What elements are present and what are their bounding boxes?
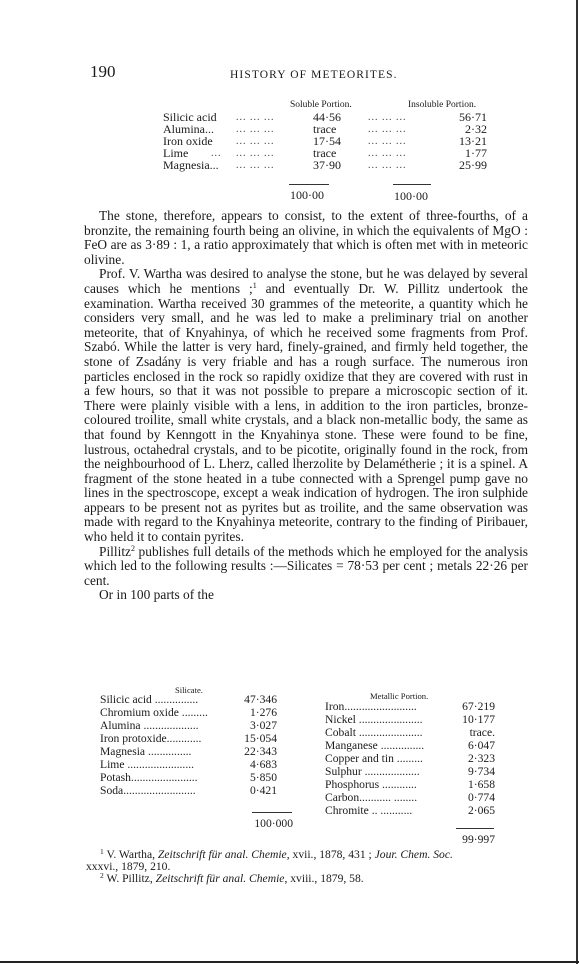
footnotes: 1 V. Wartha, Zeitschrift für anal. Chemi… xyxy=(86,849,531,886)
sum-rule xyxy=(289,184,329,185)
page-number: 190 xyxy=(90,62,116,82)
paragraph: Pillitz2 publishes full details of the m… xyxy=(84,545,528,589)
sum-rule xyxy=(456,828,494,829)
footnote-2: 2 W. Pillitz, Zeitschrift für anal. Chem… xyxy=(86,873,531,885)
paragraph: The stone, therefore, appears to consist… xyxy=(84,209,528,267)
dot-leader: ... ... ... xyxy=(368,136,407,148)
dot-leader: ... ... ... xyxy=(236,160,275,172)
sum-rule xyxy=(393,184,431,185)
sum-rule xyxy=(252,812,292,813)
soluble-value: 37·90 xyxy=(313,160,357,172)
footnote-1: 1 V. Wartha, Zeitschrift für anal. Chemi… xyxy=(86,849,531,873)
table-row: Magnesia... ... ... ... 37·90 ... ... ..… xyxy=(163,160,493,172)
dot-leader: ... ... ... xyxy=(236,112,275,124)
row-label: Magnesia... xyxy=(163,160,219,172)
insoluble-value: 25·99 xyxy=(443,160,487,172)
paragraph: Prof. V. Wartha was desired to analyse t… xyxy=(84,267,528,544)
dot-leader: ... ... ... xyxy=(236,124,275,136)
dot-leader: ... ... ... xyxy=(236,136,275,148)
page-edge-bottom xyxy=(0,961,579,963)
insoluble-total: 100·00 xyxy=(394,191,428,203)
silicate-total: 100·000 xyxy=(229,818,293,831)
page-edge-right xyxy=(576,0,578,964)
dot-leader: ... ... ... xyxy=(368,124,407,136)
paragraph: Or in 100 parts of the xyxy=(84,588,528,603)
soluble-total: 100·00 xyxy=(290,190,324,202)
dot-leader: ... ... ... xyxy=(368,112,407,124)
dot-leader: ... ... ... xyxy=(236,148,275,160)
dot-leader: ... ... ... xyxy=(368,148,407,160)
metallic-total: 99·997 xyxy=(435,834,495,847)
dot-leader: ... ... ... xyxy=(368,160,407,172)
running-title: HISTORY OF METEORITES. xyxy=(230,69,398,81)
body-text: The stone, therefore, appears to consist… xyxy=(84,209,528,603)
